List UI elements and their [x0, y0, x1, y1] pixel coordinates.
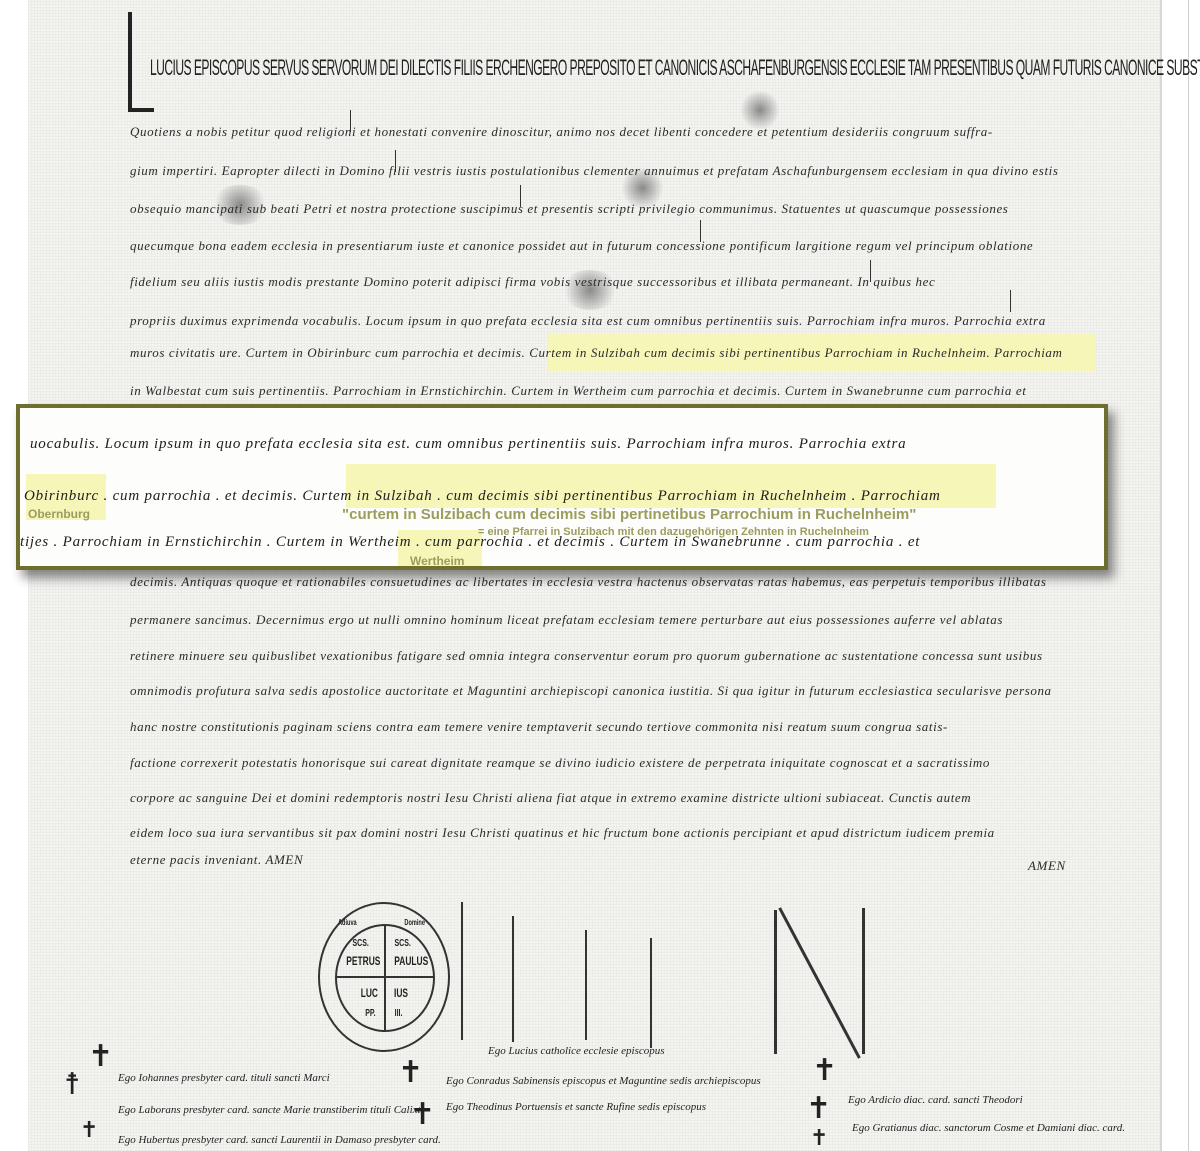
label-obernburg: Obernburg [28, 507, 90, 521]
seal-sts-left: SCS. [353, 938, 369, 949]
cross-icon: ✝ [88, 1042, 113, 1072]
seal-ius: IUS [394, 986, 408, 1000]
signature-cardinal: Ego Hubertus presbyter card. sancti Laur… [118, 1134, 441, 1146]
amen-right: AMEN [1028, 858, 1066, 874]
cross-icon: ✝ [806, 1094, 831, 1124]
signature-bishop: Ego Theodinus Portuensis et sancte Rufin… [446, 1101, 706, 1113]
rota-seal: Adiuva Domine SCS. SCS. PETRUS PAULUS LU… [318, 902, 450, 1052]
text-line: in Walbestat cum suis pertinentiis. Parr… [130, 383, 1026, 399]
monogram-stroke [512, 916, 514, 1042]
text-line: decimis. Antiquas quoque et rationabiles… [130, 574, 1046, 590]
text-line: corpore ac sanguine Dei et domini redemp… [130, 790, 971, 806]
cross-icon: ☨ [64, 1070, 80, 1100]
text-line: eterne pacis inveniant. AMEN [130, 852, 303, 868]
text-line: muros civitatis ure. Curtem in Obirinbur… [130, 345, 1063, 361]
cross-icon: ✝ [410, 1100, 435, 1130]
signature-bishop: Ego Conradus Sabinensis episcopus et Mag… [446, 1075, 761, 1087]
quote-latin: "curtem in Sulzibach cum decimis sibi pe… [342, 506, 916, 523]
text-line: propriis duximus exprimenda vocabulis. L… [130, 313, 1046, 329]
seal-pp: PP. [365, 1008, 375, 1019]
signature-cardinal: Ego Laborans presbyter card. sancte Mari… [118, 1104, 424, 1116]
monogram-stroke [585, 930, 587, 1040]
monogram-stroke [650, 938, 652, 1048]
page-edge-line [1188, 0, 1189, 1151]
text-line: quecumque bona eadem ecclesia in present… [130, 238, 1033, 254]
text-line: factione correxerit potestatis honorisqu… [130, 755, 990, 771]
label-wertheim: Wertheim [410, 554, 464, 568]
seal-ring-right: Domine [404, 918, 425, 927]
magnified-callout: uocabulis. Locum ipsum in quo prefata ec… [16, 404, 1108, 570]
page-edge [1162, 0, 1200, 1151]
text-line: permanere sancimus. Decernimus ergo ut n… [130, 612, 1003, 628]
text-line: retinere minuere seu quibuslibet vexatio… [130, 648, 1043, 664]
text-line: hanc nostre constitutionis paginam scien… [130, 719, 948, 735]
signature-deacon: Ego Gratianus diac. sanctorum Cosme et D… [852, 1122, 1125, 1134]
text-line: fidelium seu aliis iustis modis prestant… [130, 274, 935, 290]
text-line: obsequio mancipati sub beati Petri et no… [130, 201, 1008, 217]
text-line: gium impertiri. Eapropter dilecti in Dom… [130, 163, 1059, 179]
seal-inner-circle: SCS. SCS. PETRUS PAULUS LUC IUS PP. III. [335, 924, 435, 1032]
seal-ring-left: Adiuva [338, 918, 357, 927]
cross-icon: ✝ [80, 1120, 98, 1142]
title-line: LUCIUS EPISCOPUS SERVUS SERVORUM DEI DIL… [150, 55, 1200, 81]
monogram-stroke [862, 908, 865, 1054]
seal-cross-vertical [384, 926, 386, 1030]
text-line: omnimodis profutura salva sedis apostoli… [130, 683, 1052, 699]
seal-cross-horizontal [337, 976, 433, 978]
text-line: Quotiens a nobis petitur quod religioni … [130, 124, 993, 140]
cross-icon: ✝ [398, 1058, 423, 1088]
callout-line-2: Obirinburc . cum parrochia . et decimis.… [24, 488, 941, 505]
seal-luc: LUC [361, 986, 378, 1000]
seal-petrus: PETRUS [346, 954, 380, 968]
callout-line-1: uocabulis. Locum ipsum in quo prefata ec… [30, 436, 906, 453]
text-line: eidem loco sua iura servantibus sit pax … [130, 825, 995, 841]
cross-icon: ✝ [812, 1056, 837, 1086]
monogram-stroke [774, 910, 777, 1054]
signature-pope: Ego Lucius catholice ecclesie episcopus [488, 1045, 665, 1057]
signature-cardinal: Ego Iohannes presbyter card. tituli sanc… [118, 1072, 330, 1084]
ascender-stroke [1010, 290, 1011, 312]
seal-iii: III. [395, 1008, 403, 1019]
signature-deacon: Ego Ardicio diac. card. sancti Theodori [848, 1094, 1023, 1106]
monogram-stroke [461, 902, 463, 1040]
seal-paulus: PAULUS [394, 954, 428, 968]
seal-sts-right: SCS. [395, 938, 411, 949]
translation-german: = eine Pfarrei in Sulzibach mit den dazu… [478, 526, 869, 538]
cross-icon: ✝ [810, 1128, 828, 1150]
